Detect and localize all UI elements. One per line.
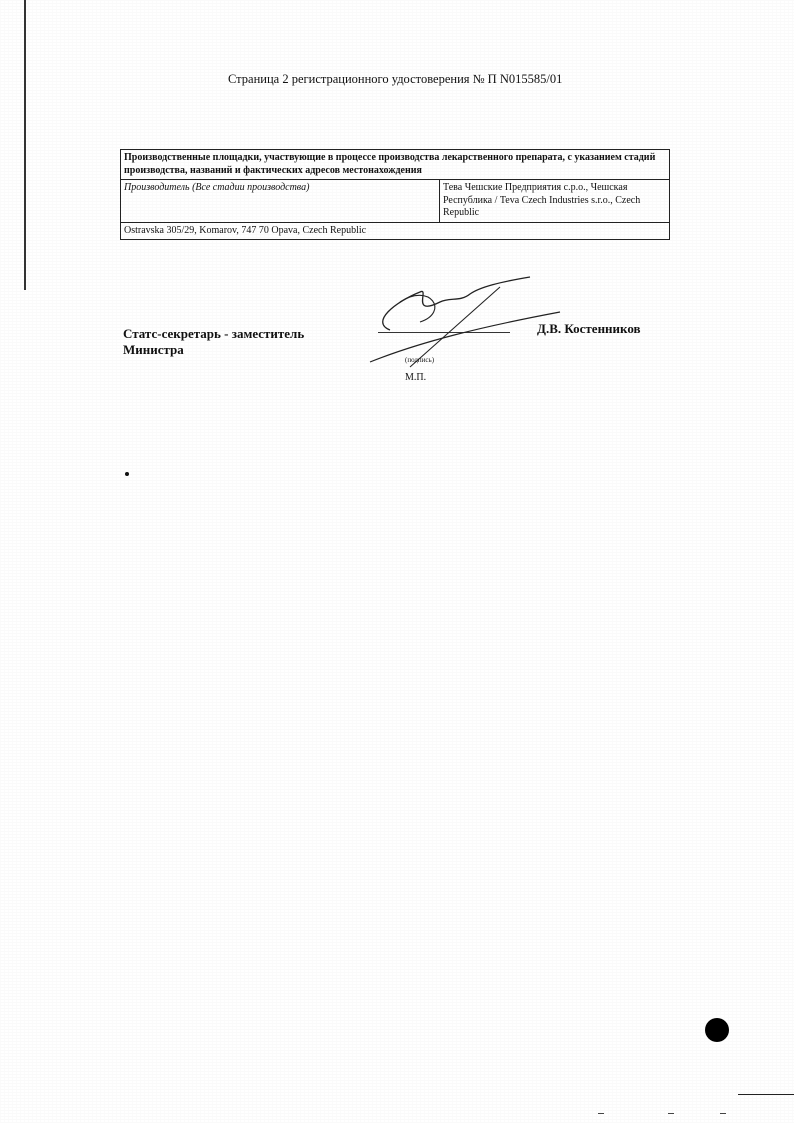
manufacturer-company: Тева Чешские Предприятия с.р.о., Чешская… — [440, 180, 670, 223]
table-row: Производитель (Все стадии производства) … — [121, 180, 670, 223]
scan-edge-line — [24, 0, 26, 290]
punch-hole — [705, 1018, 729, 1042]
manufacturer-role: Производитель (Все стадии производства) — [121, 180, 440, 223]
scan-edge-line-bottom — [738, 1094, 794, 1095]
signatory-name: Д.В. Костенников — [537, 321, 641, 337]
stamp-label: М.П. — [405, 372, 426, 383]
table-heading: Производственные площадки, участвующие в… — [121, 150, 670, 180]
signature-caption: (подпись) — [405, 356, 434, 364]
site-address: Ostravska 305/29, Komarov, 747 70 Opava,… — [121, 222, 670, 240]
page-header: Страница 2 регистрационного удостоверени… — [228, 72, 562, 87]
scan-dot — [125, 472, 129, 476]
production-sites-table: Производственные площадки, участвующие в… — [120, 149, 670, 240]
scan-mark — [668, 1113, 674, 1114]
scan-mark — [598, 1113, 604, 1114]
scan-mark — [720, 1113, 726, 1114]
